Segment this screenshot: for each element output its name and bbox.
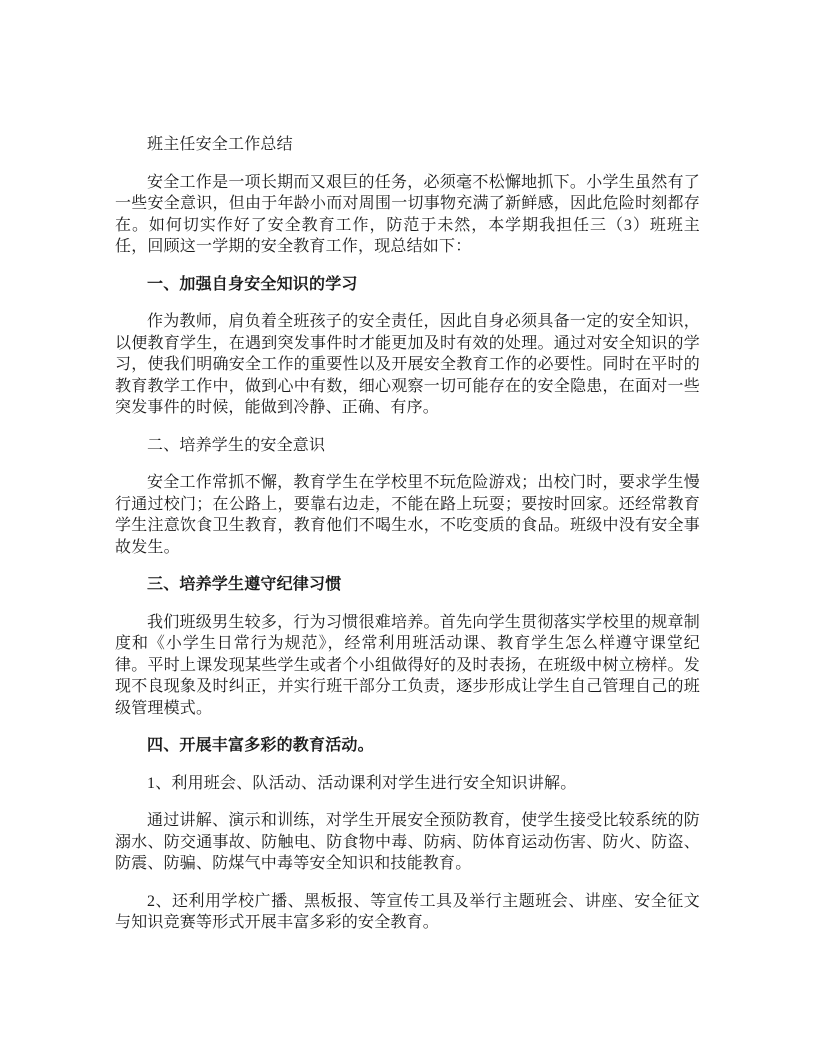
section-4-item-1-paragraph: 1、利用班会、队活动、活动课利对学生进行安全知识讲解。 [115, 773, 700, 795]
section-4-item-2-paragraph: 2、还利用学校广播、黑板报、等宣传工具及举行主题班会、讲座、安全征文与知识竞赛等… [115, 891, 700, 934]
section-2-paragraph: 安全工作常抓不懈，教育学生在学校里不玩危险游戏；出校门时，要求学生慢行通过校门；… [115, 472, 700, 558]
section-heading-4: 四、开展丰富多彩的教育活动。 [115, 735, 700, 757]
section-heading-3: 三、培养学生遵守纪律习惯 [115, 574, 700, 596]
intro-paragraph: 安全工作是一项长期而又艰巨的任务，必须毫不松懈地抓下。小学生虽然有了一些安全意识… [115, 172, 700, 258]
section-heading-2: 二、培养学生的安全意识 [115, 435, 700, 457]
document-title: 班主任安全工作总结 [115, 134, 700, 156]
section-4-detail-paragraph: 通过讲解、演示和训练，对学生开展安全预防教育，使学生接受比较系统的防溺水、防交通… [115, 810, 700, 875]
document-page: 班主任安全工作总结 安全工作是一项长期而又艰巨的任务，必须毫不松懈地抓下。小学生… [0, 0, 816, 1056]
section-heading-1: 一、加强自身安全知识的学习 [115, 274, 700, 296]
section-3-paragraph: 我们班级男生较多，行为习惯很难培养。首先向学生贯彻落实学校里的规章制度和《小学生… [115, 612, 700, 720]
section-1-paragraph: 作为教师，肩负着全班孩子的安全责任，因此自身必须具备一定的安全知识，以便教育学生… [115, 311, 700, 419]
